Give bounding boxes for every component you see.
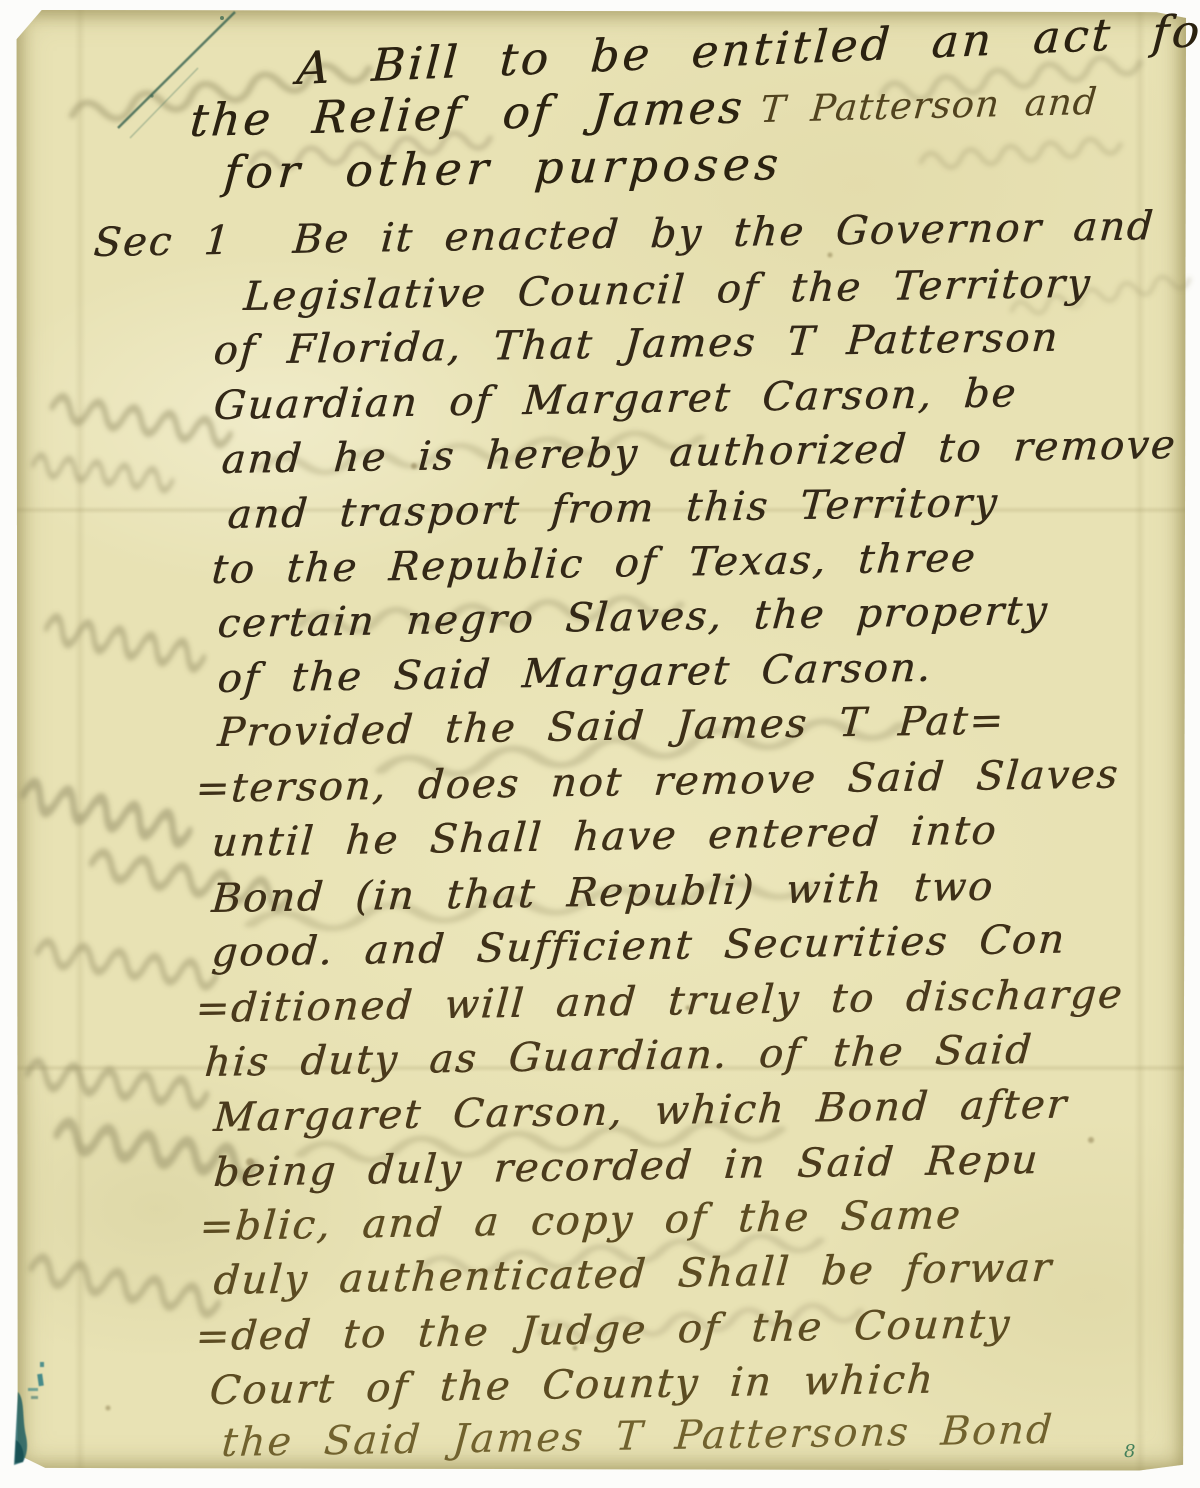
title-line-3: for other purposes [222,137,785,199]
fold-crease [74,10,86,1472]
title-line-2-inserted: T Patterson and [759,80,1100,131]
document-scan: A Bill to be entitled an act for the Rel… [0,0,1200,1488]
page-number-annotation: 8 [1124,1441,1135,1462]
